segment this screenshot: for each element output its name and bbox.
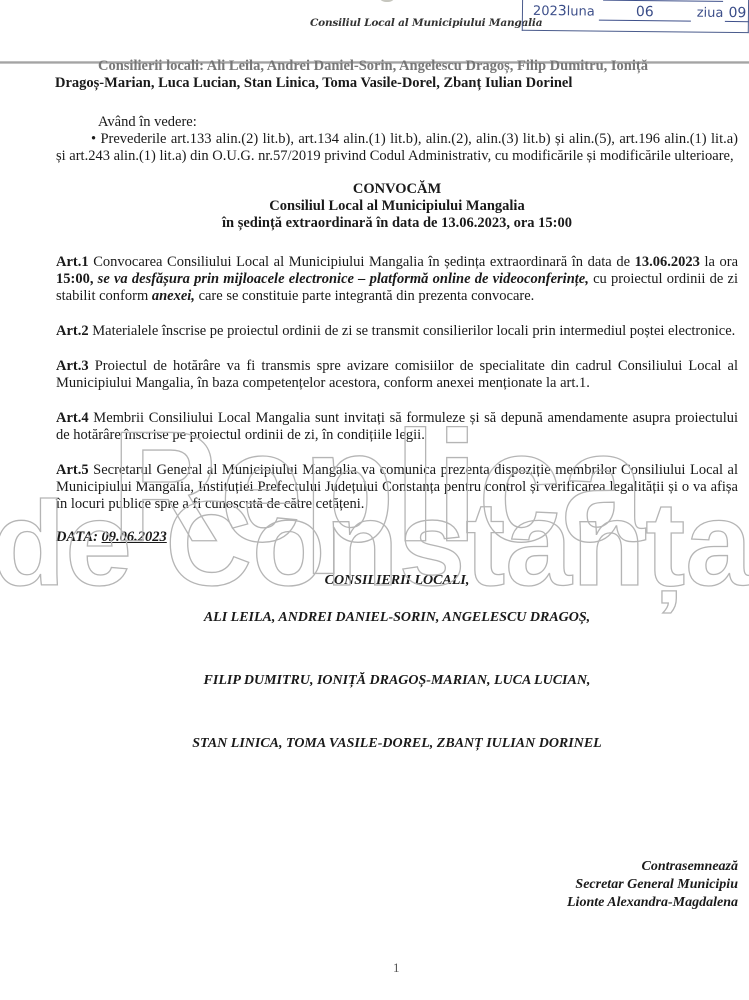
bullet-icon: • [91,131,96,147]
registration-stamp: 2023luna 06 ziua 09 [522,0,749,33]
councillors-names-line1: Ali Leila, Andrei Daniel-Sorin, Angelesc… [207,58,648,74]
institution-header: Consiliul Local al Municipiului Mangalia [310,17,542,29]
considering-heading: Având în vedere: [56,114,738,131]
article-5: Art.5 Secretarul General al Municipiului… [56,462,738,513]
councillors-names-line2: Dragoș-Marian, Luca Lucian, Stan Linica,… [55,75,738,92]
stamp-day-label: ziua [697,6,724,21]
stamp-day-value: 09 [725,5,749,22]
signatories-line1: ALI LEILA, ANDREI DANIEL-SORIN, ANGELESC… [56,609,738,626]
stamp-year-digit: 3 [558,3,567,19]
countersign-name: Lionte Alexandra-Magdalena [567,894,738,912]
stamp-number-line [603,0,723,2]
stamp-month-label: luna [567,4,595,19]
municipality-emblem [378,0,396,2]
article-2: Art.2 Materialele înscrise pe proiectul … [56,323,738,340]
signatories-heading: CONSILIERII LOCALI, [56,572,738,589]
stamp-month-value: 06 [599,4,691,22]
title-council: Consiliul Local al Municipiului Mangalia [56,198,738,215]
article-3: Art.3 Proiectul de hotărâre va fi transm… [56,358,738,392]
councillors-intro: Consilierii locali: Ali Leila, Andrei Da… [56,58,738,75]
page-number: 1 [393,960,400,976]
document-date: DATA: 09.06.2023 [56,529,738,546]
article-4: Art.4 Membrii Consiliului Local Mangalia… [56,410,738,444]
countersign-label: Contrasemnează [567,858,738,876]
considering-text: Prevederile art.133 alin.(2) lit.b), art… [56,131,738,164]
article-1: Art.1 Convocarea Consiliului Local al Mu… [56,254,738,305]
signatories-line3: STAN LINICA, TOMA VASILE-DOREL, ZBANȚ IU… [56,735,738,752]
document-body: Consilierii locali: Ali Leila, Andrei Da… [56,58,738,752]
stamp-year-prefix: 202 [533,4,558,19]
countersignature-block: Contrasemnează Secretar General Municipi… [567,858,738,912]
considering-bullet: • Prevederile art.133 alin.(2) lit.b), a… [56,131,738,165]
document-date-value: 09.06.2023 [102,529,167,545]
signatories-line2: FILIP DUMITRU, IONIȚĂ DRAGOȘ-MARIAN, LUC… [56,672,738,689]
countersign-role: Secretar General Municipiu [567,876,738,894]
title-convocam: CONVOCĂM [56,181,738,198]
title-session: în ședință extraordinară în data de 13.0… [56,215,738,232]
